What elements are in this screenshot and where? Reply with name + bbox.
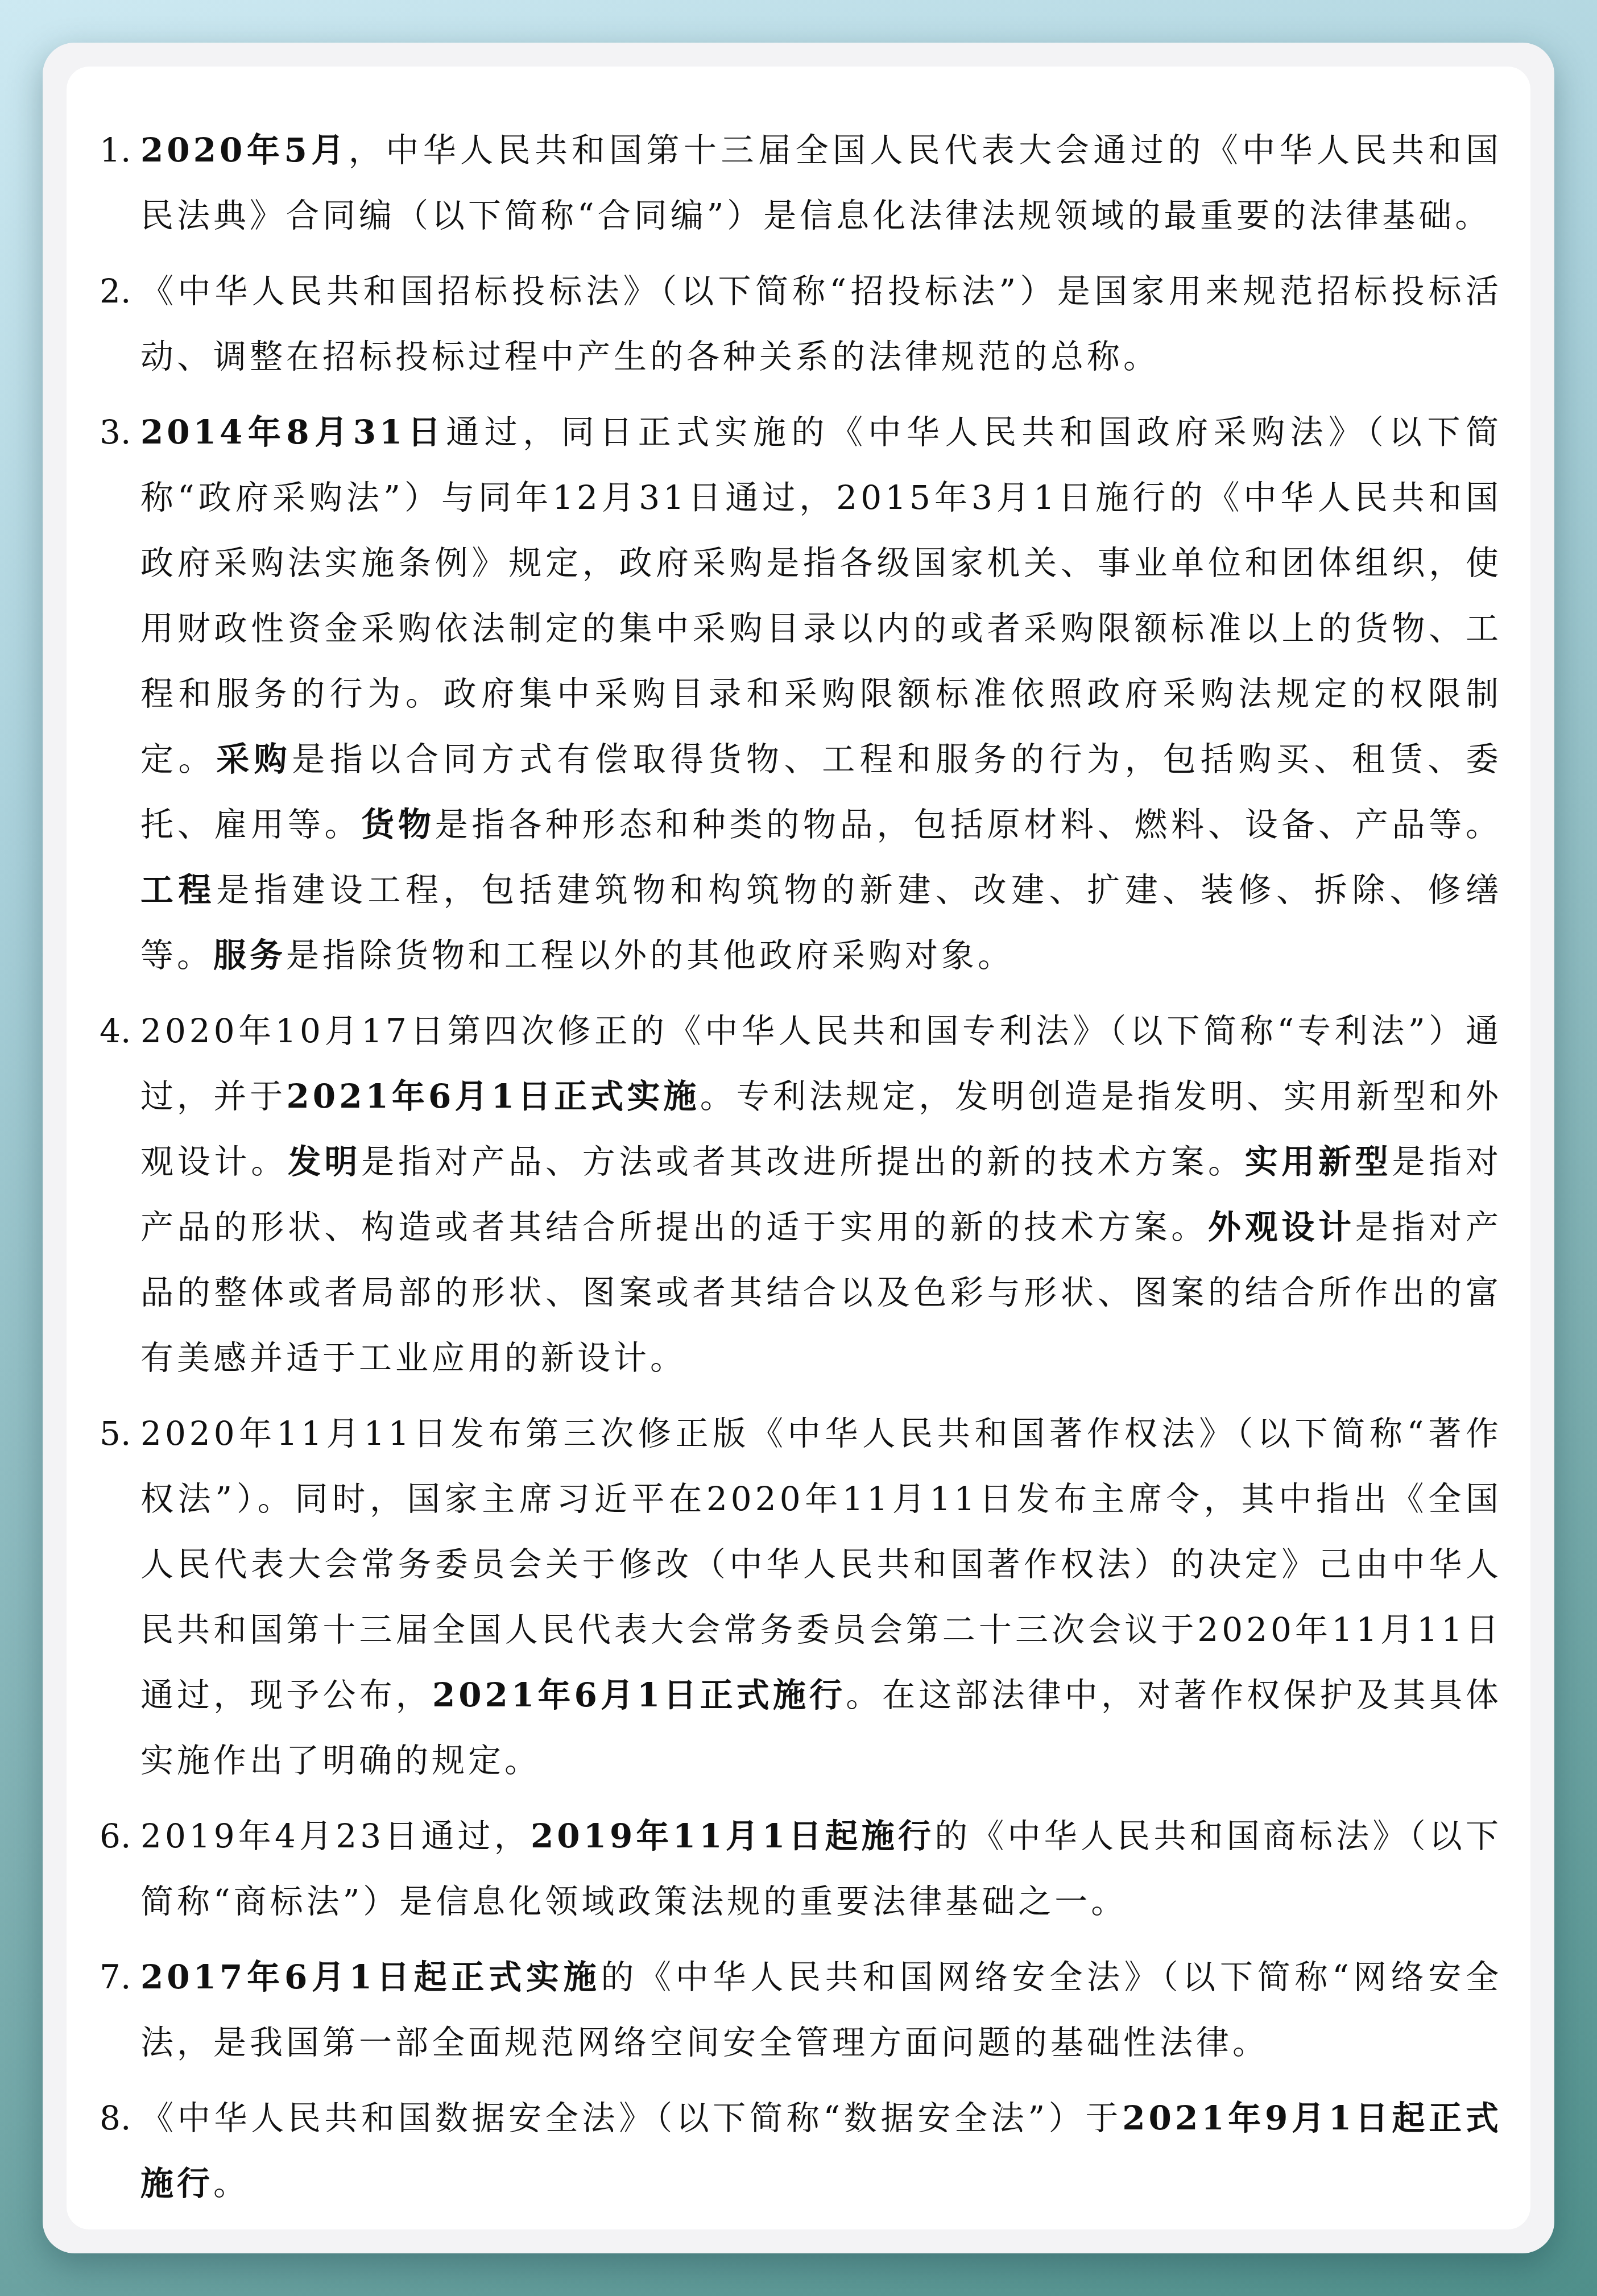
item-text: 。 [213,2164,250,2203]
item-text: 2020年11月11日发布第三次修正版《中华人民共和国著作权法》（以下简称“著作… [140,1414,1502,1714]
bold-text: 2020年5月 [140,131,349,169]
item-number: 1. [100,118,131,183]
item-text: 通过，同日正式实施的《中华人民共和国政府采购法》（以下简称“政府采购法”）与同年… [140,413,1502,778]
outer-card: 1. 2020年5月，中华人民共和国第十三届全国人民代表大会通过的《中华人民共和… [43,43,1554,2253]
bold-text: 货物 [361,805,435,844]
item-number: 4. [100,998,131,1064]
item-number: 8. [100,2086,131,2151]
item-number: 5. [100,1401,131,1466]
bold-text: 2021年6月1日正式施行 [432,1676,846,1714]
item-number: 2. [100,259,131,324]
list-item: 8. 《中华人民共和国数据安全法》（以下简称“数据安全法”）于2021年9月1日… [100,2086,1502,2216]
bold-text: 2014年8月31日 [140,413,446,451]
law-list: 1. 2020年5月，中华人民共和国第十三届全国人民代表大会通过的《中华人民共和… [100,118,1502,2227]
document-card: 1. 2020年5月，中华人民共和国第十三届全国人民代表大会通过的《中华人民共和… [67,67,1530,2229]
item-number: 3. [100,400,131,465]
bold-text: 工程 [140,871,216,909]
bold-text: 2017年6月1日起正式实施 [140,1958,601,1996]
bold-text: 2021年6月1日正式实施 [286,1077,700,1116]
item-text: 是指对产品、方法或者其改进所提出的新的技术方案。 [361,1142,1244,1181]
item-number: 6. [100,1804,131,1869]
item-text: 是指各种形态和种类的物品，包括原材料、燃料、设备、产品等。 [435,805,1502,844]
bold-text: 服务 [213,936,286,975]
item-text: 《中华人民共和国数据安全法》（以下简称“数据安全法”）于 [140,2099,1122,2137]
item-text: 《中华人民共和国招标投标法》（以下简称“招投标法”）是国家用来规范招标投标活动、… [140,272,1502,376]
item-text: 2019年4月23日通过， [140,1817,531,1855]
list-item: 3. 2014年8月31日通过，同日正式实施的《中华人民共和国政府采购法》（以下… [100,400,1502,988]
bold-text: 发明 [288,1142,361,1181]
bold-text: 外观设计 [1208,1208,1355,1246]
bold-text: 实用新型 [1245,1142,1392,1181]
list-item: 4. 2020年10月17日第四次修正的《中华人民共和国专利法》（以下简称“专利… [100,998,1502,1391]
bold-text: 采购 [216,740,292,778]
item-text: 是指除货物和工程以外的其他政府采购对象。 [286,936,1014,975]
list-item: 7. 2017年6月1日起正式实施的《中华人民共和国网络安全法》（以下简称“网络… [100,1945,1502,2075]
list-item: 5. 2020年11月11日发布第三次修正版《中华人民共和国著作权法》（以下简称… [100,1401,1502,1793]
list-item: 6. 2019年4月23日通过，2019年11月1日起施行的《中华人民共和国商标… [100,1804,1502,1934]
list-item: 1. 2020年5月，中华人民共和国第十三届全国人民代表大会通过的《中华人民共和… [100,118,1502,248]
bold-text: 2019年11月1日起施行 [531,1817,934,1855]
item-number: 7. [100,1945,131,2010]
list-item: 2. 《中华人民共和国招标投标法》（以下简称“招投标法”）是国家用来规范招标投标… [100,259,1502,389]
